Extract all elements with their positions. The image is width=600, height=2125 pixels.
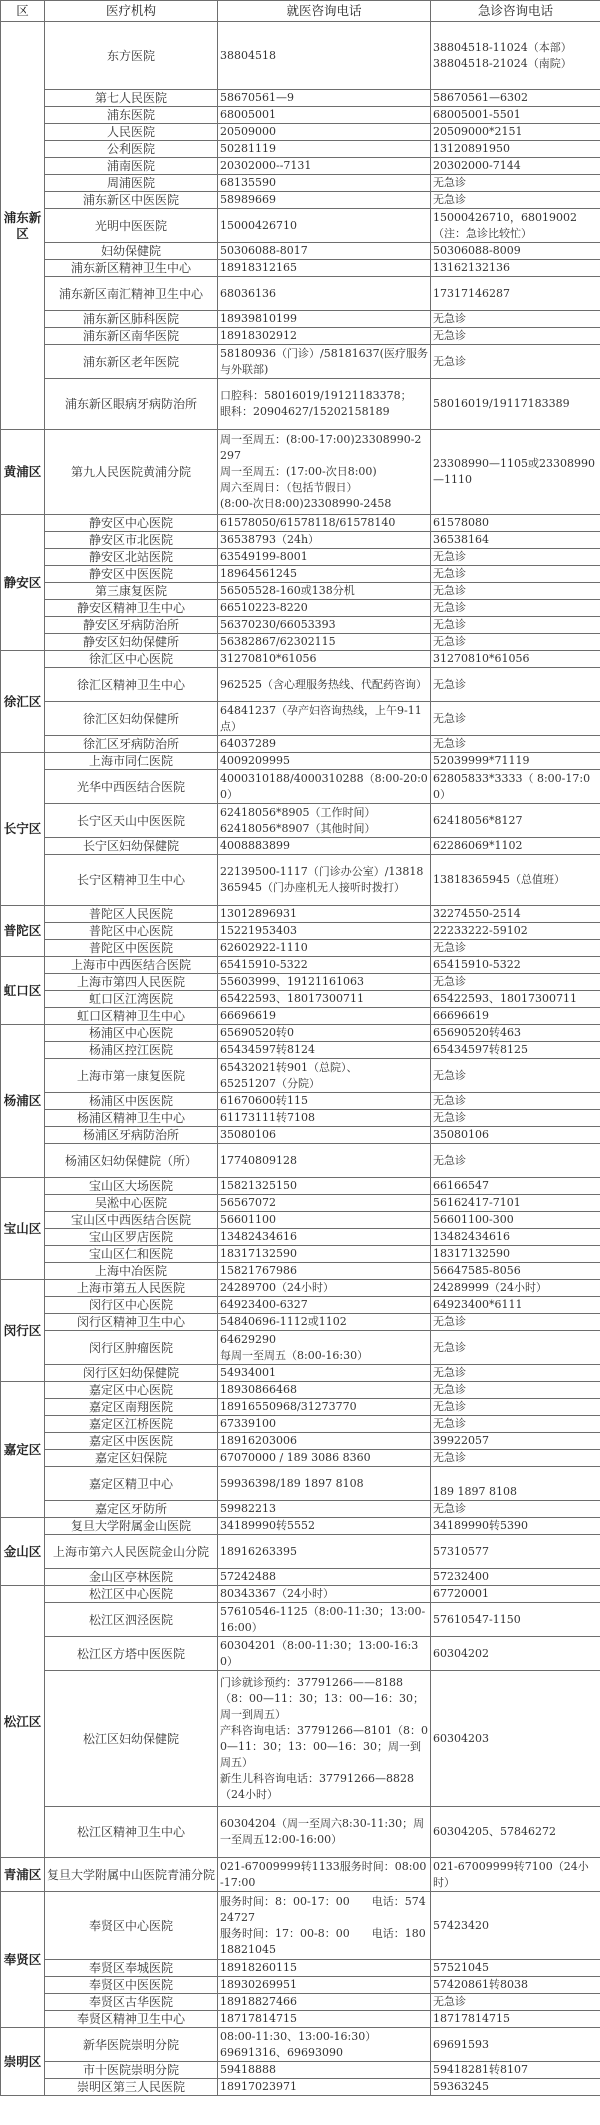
consult-phone-cell: 60304204（周一至周六8:30-11:30；周一至周五12:00-16:0… <box>218 1807 431 1858</box>
institution-cell: 普陀区人民医院 <box>45 906 218 923</box>
emergency-phone-cell: 无急诊 <box>431 1450 600 1467</box>
district-cell: 静安区 <box>1 515 45 651</box>
consult-phone-cell: 67339100 <box>218 1416 431 1433</box>
emergency-phone-cell: 57232400 <box>431 1569 600 1586</box>
consult-phone-cell: 59936398/189 1897 8108 <box>218 1467 431 1501</box>
consult-phone-cell: 4009209995 <box>218 753 431 770</box>
institution-cell: 普陀区中心医院 <box>45 923 218 940</box>
table-row: 上海市第六人民医院金山分院1891626339557310577 <box>1 1535 600 1569</box>
institution-cell: 第七人民医院 <box>45 90 218 107</box>
consult-phone-cell: 66696619 <box>218 1008 431 1025</box>
institution-cell: 嘉定区牙防所 <box>45 1501 218 1518</box>
emergency-phone-cell: 31270810*61056 <box>431 651 600 668</box>
consult-phone-cell: 57610546-1125（8:00-11:30；13:00-16:00） <box>218 1603 431 1637</box>
institution-cell: 光明中医医院 <box>45 209 218 243</box>
institution-cell: 宝山区中西医结合医院 <box>45 1212 218 1229</box>
consult-phone-cell: 13012896931 <box>218 906 431 923</box>
table-row: 闵行区妇幼保健院54934001无急诊 <box>1 1365 600 1382</box>
institution-cell: 静安区中心医院 <box>45 515 218 532</box>
emergency-phone-cell: 无急诊 <box>431 600 600 617</box>
emergency-phone-cell: 无急诊 <box>431 583 600 600</box>
consult-phone-cell: 18717814715 <box>218 2011 431 2028</box>
emergency-phone-cell: 39922057 <box>431 1433 600 1450</box>
table-row: 宝山区宝山区大场医院1582132515066166547 <box>1 1178 600 1195</box>
institution-cell: 奉贤区中心医院 <box>45 1892 218 1960</box>
table-row: 虹口区精神卫生中心6669661966696619 <box>1 1008 600 1025</box>
institution-cell: 上海市第六人民医院金山分院 <box>45 1535 218 1569</box>
table-row: 虹口区江湾医院65422593、1801730071165422593、1801… <box>1 991 600 1008</box>
district-cell: 松江区 <box>1 1586 45 1858</box>
emergency-phone-cell: 66166547 <box>431 1178 600 1195</box>
consult-phone-cell: 68005001 <box>218 107 431 124</box>
emergency-phone-cell: 20302000-7144 <box>431 158 600 175</box>
table-row: 宝山区仁和医院1831713259018317132590 <box>1 1246 600 1263</box>
emergency-phone-cell: 无急诊 <box>431 1331 600 1365</box>
emergency-phone-cell: 无急诊 <box>431 566 600 583</box>
consult-phone-cell: 61670600转115 <box>218 1093 431 1110</box>
institution-cell: 浦东新区中医医院 <box>45 192 218 209</box>
institution-cell: 徐汇区妇幼保健所 <box>45 702 218 736</box>
emergency-phone-cell: 无急诊 <box>431 1110 600 1127</box>
table-row: 普陀区中心医院1522195340322233222-59102 <box>1 923 600 940</box>
table-row: 浦东新区精神卫生中心1891831216513162132136 <box>1 260 600 277</box>
table-row: 徐汇区牙病防治所64037289无急诊 <box>1 736 600 753</box>
table-row: 杨浦区中医医院61670600转115无急诊 <box>1 1093 600 1110</box>
emergency-phone-cell: 56647585-8056 <box>431 1263 600 1280</box>
table-row: 徐汇区妇幼保健所64841237（孕产妇咨询热线，上午9-11点）无急诊 <box>1 702 600 736</box>
table-row: 奉贤区古华医院18918827466无急诊 <box>1 1994 600 2011</box>
institution-cell: 浦东新区南汇精神卫生中心 <box>45 277 218 311</box>
consult-phone-cell: 55603999、19121161063 <box>218 974 431 991</box>
emergency-phone-cell: 65422593、18017300711 <box>431 991 600 1008</box>
consult-phone-cell: 31270810*61056 <box>218 651 431 668</box>
emergency-phone-cell: 无急诊 <box>431 311 600 328</box>
table-row: 徐汇区徐汇区中心医院31270810*6105631270810*61056 <box>1 651 600 668</box>
institution-cell: 长宁区天山中医医院 <box>45 804 218 838</box>
consult-phone-cell: 08:00-11:30、13:00-16:30） 69691316、696930… <box>218 2028 431 2062</box>
consult-phone-cell: 63549199-8001 <box>218 549 431 566</box>
consult-phone-cell: 62418056*8905（工作时间） 62418056*8907（其他时间） <box>218 804 431 838</box>
institution-cell: 嘉定区中心医院 <box>45 1382 218 1399</box>
table-row: 嘉定区中医医院1891620300639922057 <box>1 1433 600 1450</box>
emergency-phone-cell: 23308990—1105或23308990—1110 <box>431 430 600 515</box>
institution-cell: 复旦大学附属中山医院青浦分院 <box>45 1858 218 1892</box>
institution-cell: 静安区牙病防治所 <box>45 617 218 634</box>
consult-phone-cell: 15221953403 <box>218 923 431 940</box>
emergency-phone-cell: 50306088-8009 <box>431 243 600 260</box>
institution-cell: 上海市第五人民医院 <box>45 1280 218 1297</box>
table-row: 浦东新区南华医院18918302912无急诊 <box>1 328 600 345</box>
emergency-phone-cell: 68005001-5501 <box>431 107 600 124</box>
institution-cell: 第九人民医院黄浦分院 <box>45 430 218 515</box>
consult-phone-cell: 4000310188/4000310288（8:00-20:00） <box>218 770 431 804</box>
emergency-phone-cell: 021-67009999转7100（24小时） <box>431 1858 600 1892</box>
emergency-phone-cell: 20509000*2151 <box>431 124 600 141</box>
institution-cell: 嘉定区妇保院 <box>45 1450 218 1467</box>
table-row: 静安区妇幼保健所56382867/62302115无急诊 <box>1 634 600 651</box>
institution-cell: 徐汇区中心医院 <box>45 651 218 668</box>
emergency-phone-cell: 59418281转8107 <box>431 2062 600 2079</box>
consult-phone-cell: 59982213 <box>218 1501 431 1518</box>
consult-phone-cell: 66510223-8220 <box>218 600 431 617</box>
district-cell: 徐汇区 <box>1 651 45 753</box>
district-cell: 虹口区 <box>1 957 45 1025</box>
emergency-phone-cell: 无急诊 <box>431 1501 600 1518</box>
emergency-phone-cell: 58670561—6302 <box>431 90 600 107</box>
emergency-phone-cell: 66696619 <box>431 1008 600 1025</box>
table-row: 浦东医院6800500168005001-5501 <box>1 107 600 124</box>
table-row: 闵行区精神卫生中心54840696-1112或1102无急诊 <box>1 1314 600 1331</box>
header-institution: 医疗机构 <box>45 1 218 22</box>
institution-cell: 松江区中心医院 <box>45 1586 218 1603</box>
consult-phone-cell: 周一至周五：(8:00-17:00)23308990-2297 周一至周五：(1… <box>218 430 431 515</box>
emergency-phone-cell: 无急诊 <box>431 192 600 209</box>
table-row: 嘉定区精卫中心59936398/189 1897 8108 189 1897 8… <box>1 1467 600 1501</box>
emergency-phone-cell: 58016019/19117183389 <box>431 379 600 430</box>
emergency-phone-cell: 无急诊 <box>431 1365 600 1382</box>
emergency-phone-cell: 56162417-7101 <box>431 1195 600 1212</box>
table-row: 浦东新区中医医院58989669无急诊 <box>1 192 600 209</box>
table-row: 浦东新区老年医院58180936（门诊）/58181637(医疗服务与外联部)无… <box>1 345 600 379</box>
consult-phone-cell: 50306088-8017 <box>218 243 431 260</box>
hospital-phone-table: 区 医疗机构 就医咨询电话 急诊咨询电话 浦东新区东方医院38804518388… <box>0 0 600 2096</box>
table-row: 公利医院5028111913120891950 <box>1 141 600 158</box>
emergency-phone-cell: 无急诊 <box>431 328 600 345</box>
table-row: 人民医院2050900020509000*2151 <box>1 124 600 141</box>
consult-phone-cell: 20302000--7131 <box>218 158 431 175</box>
emergency-phone-cell: 64923400*6111 <box>431 1297 600 1314</box>
institution-cell: 长宁区妇幼保健院 <box>45 838 218 855</box>
table-row: 虹口区上海市中西医结合医院65415910-532265415910-5322 <box>1 957 600 974</box>
consult-phone-cell: 60304201（8:00-11:30；13:00-16:30） <box>218 1637 431 1671</box>
institution-cell: 浦南医院 <box>45 158 218 175</box>
emergency-phone-cell: 13818365945（总值班） <box>431 855 600 906</box>
consult-phone-cell: 59418888 <box>218 2062 431 2079</box>
table-row: 上海市第一康复医院65432021转901（总院）、 65251207（分院）无… <box>1 1059 600 1093</box>
institution-cell: 光华中西医结合医院 <box>45 770 218 804</box>
consult-phone-cell: 50281119 <box>218 141 431 158</box>
consult-phone-cell: 18939810199 <box>218 311 431 328</box>
institution-cell: 公利医院 <box>45 141 218 158</box>
institution-cell: 宝山区罗店医院 <box>45 1229 218 1246</box>
institution-cell: 静安区北站医院 <box>45 549 218 566</box>
institution-cell: 市十医院崇明分院 <box>45 2062 218 2079</box>
consult-phone-cell: 18916263395 <box>218 1535 431 1569</box>
institution-cell: 浦东医院 <box>45 107 218 124</box>
table-row: 静安区精神卫生中心66510223-8220无急诊 <box>1 600 600 617</box>
consult-phone-cell: 962525（含心理服务热线、代配药咨询） <box>218 668 431 702</box>
table-row: 市十医院崇明分院5941888859418281转8107 <box>1 2062 600 2079</box>
institution-cell: 虹口区江湾医院 <box>45 991 218 1008</box>
consult-phone-cell: 65434597转8124 <box>218 1042 431 1059</box>
consult-phone-cell: 18918260115 <box>218 1960 431 1977</box>
institution-cell: 嘉定区江桥医院 <box>45 1416 218 1433</box>
table-row: 黄浦区第九人民医院黄浦分院周一至周五：(8:00-17:00)23308990-… <box>1 430 600 515</box>
table-row: 松江区妇幼保健院门诊就诊预约：37791266——8188（8：00—11：30… <box>1 1671 600 1807</box>
emergency-phone-cell: 13120891950 <box>431 141 600 158</box>
table-row: 吴淞中心医院5656707256162417-7101 <box>1 1195 600 1212</box>
consult-phone-cell: 15821325150 <box>218 1178 431 1195</box>
institution-cell: 上海市同仁医院 <box>45 753 218 770</box>
emergency-phone-cell: 59363245 <box>431 2079 600 2096</box>
emergency-phone-cell: 57420861转8038 <box>431 1977 600 1994</box>
institution-cell: 吴淞中心医院 <box>45 1195 218 1212</box>
emergency-phone-cell: 无急诊 <box>431 736 600 753</box>
consult-phone-cell: 65415910-5322 <box>218 957 431 974</box>
table-row: 松江区方塔中医医院60304201（8:00-11:30；13:00-16:30… <box>1 1637 600 1671</box>
institution-cell: 崇明区第三人民医院 <box>45 2079 218 2096</box>
consult-phone-cell: 56505528-160或138分机 <box>218 583 431 600</box>
table-row: 松江区松江区中心医院80343367（24小时）67720001 <box>1 1586 600 1603</box>
consult-phone-cell: 68135590 <box>218 175 431 192</box>
table-row: 嘉定区牙防所59982213无急诊 <box>1 1501 600 1518</box>
consult-phone-cell: 57242488 <box>218 1569 431 1586</box>
consult-phone-cell: 65422593、18017300711 <box>218 991 431 1008</box>
consult-phone-cell: 65690520转0 <box>218 1025 431 1042</box>
emergency-phone-cell: 18317132590 <box>431 1246 600 1263</box>
institution-cell: 上海市中西医结合医院 <box>45 957 218 974</box>
table-row: 妇幼保健院50306088-801750306088-8009 <box>1 243 600 260</box>
emergency-phone-cell: 无急诊 <box>431 175 600 192</box>
consult-phone-cell: 18918302912 <box>218 328 431 345</box>
table-row: 静安区中医医院18964561245无急诊 <box>1 566 600 583</box>
emergency-phone-cell: 65434597转8125 <box>431 1042 600 1059</box>
institution-cell: 普陀区中医医院 <box>45 940 218 957</box>
institution-cell: 新华医院崇明分院 <box>45 2028 218 2062</box>
institution-cell: 静安区市北医院 <box>45 532 218 549</box>
emergency-phone-cell: 60304203 <box>431 1671 600 1807</box>
emergency-phone-cell: 无急诊 <box>431 1093 600 1110</box>
institution-cell: 宝山区大场医院 <box>45 1178 218 1195</box>
institution-cell: 静安区中医医院 <box>45 566 218 583</box>
institution-cell: 浦东新区精神卫生中心 <box>45 260 218 277</box>
consult-phone-cell: 20509000 <box>218 124 431 141</box>
district-cell: 奉贤区 <box>1 1892 45 2028</box>
emergency-phone-cell: 无急诊 <box>431 940 600 957</box>
emergency-phone-cell: 57521045 <box>431 1960 600 1977</box>
institution-cell: 徐汇区牙病防治所 <box>45 736 218 753</box>
table-body: 浦东新区东方医院3880451838804518-11024（本部） 38804… <box>1 22 600 2096</box>
institution-cell: 奉贤区中医医院 <box>45 1977 218 1994</box>
consult-phone-cell: 18930269951 <box>218 1977 431 1994</box>
institution-cell: 人民医院 <box>45 124 218 141</box>
emergency-phone-cell: 无急诊 <box>431 617 600 634</box>
institution-cell: 杨浦区中医医院 <box>45 1093 218 1110</box>
emergency-phone-cell: 13162132136 <box>431 260 600 277</box>
institution-cell: 长宁区精神卫生中心 <box>45 855 218 906</box>
district-cell: 宝山区 <box>1 1178 45 1280</box>
institution-cell: 宝山区仁和医院 <box>45 1246 218 1263</box>
institution-cell: 闵行区中心医院 <box>45 1297 218 1314</box>
institution-cell: 上海市第一康复医院 <box>45 1059 218 1093</box>
consult-phone-cell: 54840696-1112或1102 <box>218 1314 431 1331</box>
emergency-phone-cell: 57310577 <box>431 1535 600 1569</box>
consult-phone-cell: 34189990转5552 <box>218 1518 431 1535</box>
table-row: 青浦区复旦大学附属中山医院青浦分院021-67009999转1133服务时间：0… <box>1 1858 600 1892</box>
consult-phone-cell: 68036136 <box>218 277 431 311</box>
emergency-phone-cell: 无急诊 <box>431 1144 600 1178</box>
district-cell: 闵行区 <box>1 1280 45 1382</box>
table-row: 宝山区中西医结合医院5660110056601100-300 <box>1 1212 600 1229</box>
consult-phone-cell: 61173111转7108 <box>218 1110 431 1127</box>
institution-cell: 杨浦区中心医院 <box>45 1025 218 1042</box>
district-cell: 黄浦区 <box>1 430 45 515</box>
table-row: 长宁区妇幼保健院400888389962286069*1102 <box>1 838 600 855</box>
emergency-phone-cell: 56601100-300 <box>431 1212 600 1229</box>
table-row: 杨浦区妇幼保健院（所）17740809128无急诊 <box>1 1144 600 1178</box>
table-row: 浦南医院20302000--713120302000-7144 <box>1 158 600 175</box>
consult-phone-cell: 22139500-1117（门诊办公室）/13818365945（门办座机无人接… <box>218 855 431 906</box>
institution-cell: 浦东新区老年医院 <box>45 345 218 379</box>
table-row: 宝山区罗店医院1348243461613482434616 <box>1 1229 600 1246</box>
consult-phone-cell: 58989669 <box>218 192 431 209</box>
consult-phone-cell: 64841237（孕产妇咨询热线，上午9-11点） <box>218 702 431 736</box>
emergency-phone-cell: 32274550-2514 <box>431 906 600 923</box>
consult-phone-cell: 80343367（24小时） <box>218 1586 431 1603</box>
table-row: 杨浦区精神卫生中心61173111转7108无急诊 <box>1 1110 600 1127</box>
consult-phone-cell: 服务时间：8：00-17：00 电话：57424727 服务时间：17：00-8… <box>218 1892 431 1960</box>
emergency-phone-cell: 62418056*8127 <box>431 804 600 838</box>
emergency-phone-cell: 无急诊 <box>431 634 600 651</box>
institution-cell: 奉贤区精神卫生中心 <box>45 2011 218 2028</box>
emergency-phone-cell: 57610547-1150 <box>431 1603 600 1637</box>
emergency-phone-cell: 22233222-59102 <box>431 923 600 940</box>
header-consult-phone: 就医咨询电话 <box>218 1 431 22</box>
table-row: 嘉定区妇保院67070000 / 189 3086 8360无急诊 <box>1 1450 600 1467</box>
table-row: 第三康复医院56505528-160或138分机无急诊 <box>1 583 600 600</box>
emergency-phone-cell: 36538164 <box>431 532 600 549</box>
institution-cell: 奉贤区奉城医院 <box>45 1960 218 1977</box>
institution-cell: 第三康复医院 <box>45 583 218 600</box>
emergency-phone-cell: 38804518-11024（本部） 38804518-21024（南院） <box>431 22 600 90</box>
institution-cell: 嘉定区中医医院 <box>45 1433 218 1450</box>
district-cell: 长宁区 <box>1 753 45 906</box>
institution-cell: 浦东新区眼病牙病防治所 <box>45 379 218 430</box>
institution-cell: 闵行区精神卫生中心 <box>45 1314 218 1331</box>
table-row: 浦东新区眼病牙病防治所口腔科：58016019/19121183378； 眼科：… <box>1 379 600 430</box>
table-row: 长宁区上海市同仁医院400920999552039999*71119 <box>1 753 600 770</box>
consult-phone-cell: 18317132590 <box>218 1246 431 1263</box>
consult-phone-cell: 18918827466 <box>218 1994 431 2011</box>
institution-cell: 松江区方塔中医医院 <box>45 1637 218 1671</box>
emergency-phone-cell: 无急诊 <box>431 1382 600 1399</box>
district-cell: 杨浦区 <box>1 1025 45 1178</box>
table-row: 闵行区上海市第五人民医院24289700（24小时）24289999（24小时） <box>1 1280 600 1297</box>
consult-phone-cell: 18930866468 <box>218 1382 431 1399</box>
institution-cell: 徐汇区精神卫生中心 <box>45 668 218 702</box>
table-row: 第七人民医院58670561—958670561—6302 <box>1 90 600 107</box>
consult-phone-cell: 64923400-6327 <box>218 1297 431 1314</box>
emergency-phone-cell: 61578080 <box>431 515 600 532</box>
table-row: 静安区静安区中心医院61578050/61578118/615781406157… <box>1 515 600 532</box>
institution-cell: 闵行区肿瘤医院 <box>45 1331 218 1365</box>
table-row: 奉贤区奉城医院1891826011557521045 <box>1 1960 600 1977</box>
consult-phone-cell: 18916203006 <box>218 1433 431 1450</box>
district-cell: 青浦区 <box>1 1858 45 1892</box>
table-row: 杨浦区牙病防治所3508010635080106 <box>1 1127 600 1144</box>
consult-phone-cell: 38804518 <box>218 22 431 90</box>
table-row: 奉贤区精神卫生中心1871781471518717814715 <box>1 2011 600 2028</box>
consult-phone-cell: 15821767986 <box>218 1263 431 1280</box>
institution-cell: 松江区精神卫生中心 <box>45 1807 218 1858</box>
emergency-phone-cell: 69691593 <box>431 2028 600 2062</box>
consult-phone-cell: 64037289 <box>218 736 431 753</box>
table-row: 光华中西医结合医院4000310188/4000310288（8:00-20:0… <box>1 770 600 804</box>
header-district: 区 <box>1 1 45 22</box>
table-row: 浦东新区肺科医院18939810199无急诊 <box>1 311 600 328</box>
table-row: 浦东新区东方医院3880451838804518-11024（本部） 38804… <box>1 22 600 90</box>
table-row: 闵行区中心医院64923400-632764923400*6111 <box>1 1297 600 1314</box>
table-row: 徐汇区精神卫生中心962525（含心理服务热线、代配药咨询）无急诊 <box>1 668 600 702</box>
institution-cell: 嘉定区南翔医院 <box>45 1399 218 1416</box>
emergency-phone-cell: 52039999*71119 <box>431 753 600 770</box>
institution-cell: 静安区妇幼保健所 <box>45 634 218 651</box>
consult-phone-cell: 56601100 <box>218 1212 431 1229</box>
district-cell: 浦东新区 <box>1 22 45 430</box>
table-row: 周浦医院68135590无急诊 <box>1 175 600 192</box>
institution-cell: 浦东新区肺科医院 <box>45 311 218 328</box>
emergency-phone-cell: 67720001 <box>431 1586 600 1603</box>
emergency-phone-cell: 60304205、57846272 <box>431 1807 600 1858</box>
table-row: 长宁区精神卫生中心22139500-1117（门诊办公室）/1381836594… <box>1 855 600 906</box>
emergency-phone-cell: 无急诊 <box>431 668 600 702</box>
emergency-phone-cell: 60304202 <box>431 1637 600 1671</box>
district-cell: 嘉定区 <box>1 1382 45 1518</box>
institution-cell: 周浦医院 <box>45 175 218 192</box>
emergency-phone-cell: 62805833*3333（ 8:00-17:00） <box>431 770 600 804</box>
table-row: 金山区复旦大学附属金山医院34189990转555234189990转5390 <box>1 1518 600 1535</box>
consult-phone-cell: 56382867/62302115 <box>218 634 431 651</box>
emergency-phone-cell: 15000426710，68019002 （注：急诊比较忙） <box>431 209 600 243</box>
table-row: 奉贤区中医医院1893026995157420861转8038 <box>1 1977 600 1994</box>
table-row: 松江区精神卫生中心60304204（周一至周六8:30-11:30；周一至周五1… <box>1 1807 600 1858</box>
table-row: 普陀区普陀区人民医院1301289693132274550-2514 <box>1 906 600 923</box>
institution-cell: 闵行区妇幼保健院 <box>45 1365 218 1382</box>
table-row: 奉贤区奉贤区中心医院服务时间：8：00-17：00 电话：57424727 服务… <box>1 1892 600 1960</box>
consult-phone-cell: 口腔科：58016019/19121183378； 眼科：20904627/15… <box>218 379 431 430</box>
table-row: 上海市第四人民医院55603999、19121161063无急诊 <box>1 974 600 991</box>
consult-phone-cell: 24289700（24小时） <box>218 1280 431 1297</box>
consult-phone-cell: 门诊就诊预约：37791266——8188（8：00—11：30；13：00—1… <box>218 1671 431 1807</box>
consult-phone-cell: 18964561245 <box>218 566 431 583</box>
consult-phone-cell: 36538793（24h） <box>218 532 431 549</box>
consult-phone-cell: 61578050/61578118/61578140 <box>218 515 431 532</box>
emergency-phone-cell: 无急诊 <box>431 1059 600 1093</box>
institution-cell: 松江区泗泾医院 <box>45 1603 218 1637</box>
consult-phone-cell: 15000426710 <box>218 209 431 243</box>
header-row: 区 医疗机构 就医咨询电话 急诊咨询电话 <box>1 1 600 22</box>
consult-phone-cell: 13482434616 <box>218 1229 431 1246</box>
emergency-phone-cell: 无急诊 <box>431 549 600 566</box>
institution-cell: 奉贤区古华医院 <box>45 1994 218 2011</box>
institution-cell: 嘉定区精卫中心 <box>45 1467 218 1501</box>
emergency-phone-cell: 65690520转463 <box>431 1025 600 1042</box>
emergency-phone-cell: 62286069*1102 <box>431 838 600 855</box>
emergency-phone-cell: 无急诊 <box>431 974 600 991</box>
institution-cell: 松江区妇幼保健院 <box>45 1671 218 1807</box>
table-row: 普陀区中医医院62602922-1110无急诊 <box>1 940 600 957</box>
emergency-phone-cell: 57423420 <box>431 1892 600 1960</box>
table-row: 浦东新区南汇精神卫生中心6803613617317146287 <box>1 277 600 311</box>
emergency-phone-cell: 13482434616 <box>431 1229 600 1246</box>
institution-cell: 杨浦区牙病防治所 <box>45 1127 218 1144</box>
consult-phone-cell: 62602922-1110 <box>218 940 431 957</box>
consult-phone-cell: 18916550968/31273770 <box>218 1399 431 1416</box>
table-row: 嘉定区江桥医院67339100无急诊 <box>1 1416 600 1433</box>
table-row: 杨浦区杨浦区中心医院65690520转065690520转463 <box>1 1025 600 1042</box>
emergency-phone-cell: 无急诊 <box>431 1416 600 1433</box>
consult-phone-cell: 56567072 <box>218 1195 431 1212</box>
